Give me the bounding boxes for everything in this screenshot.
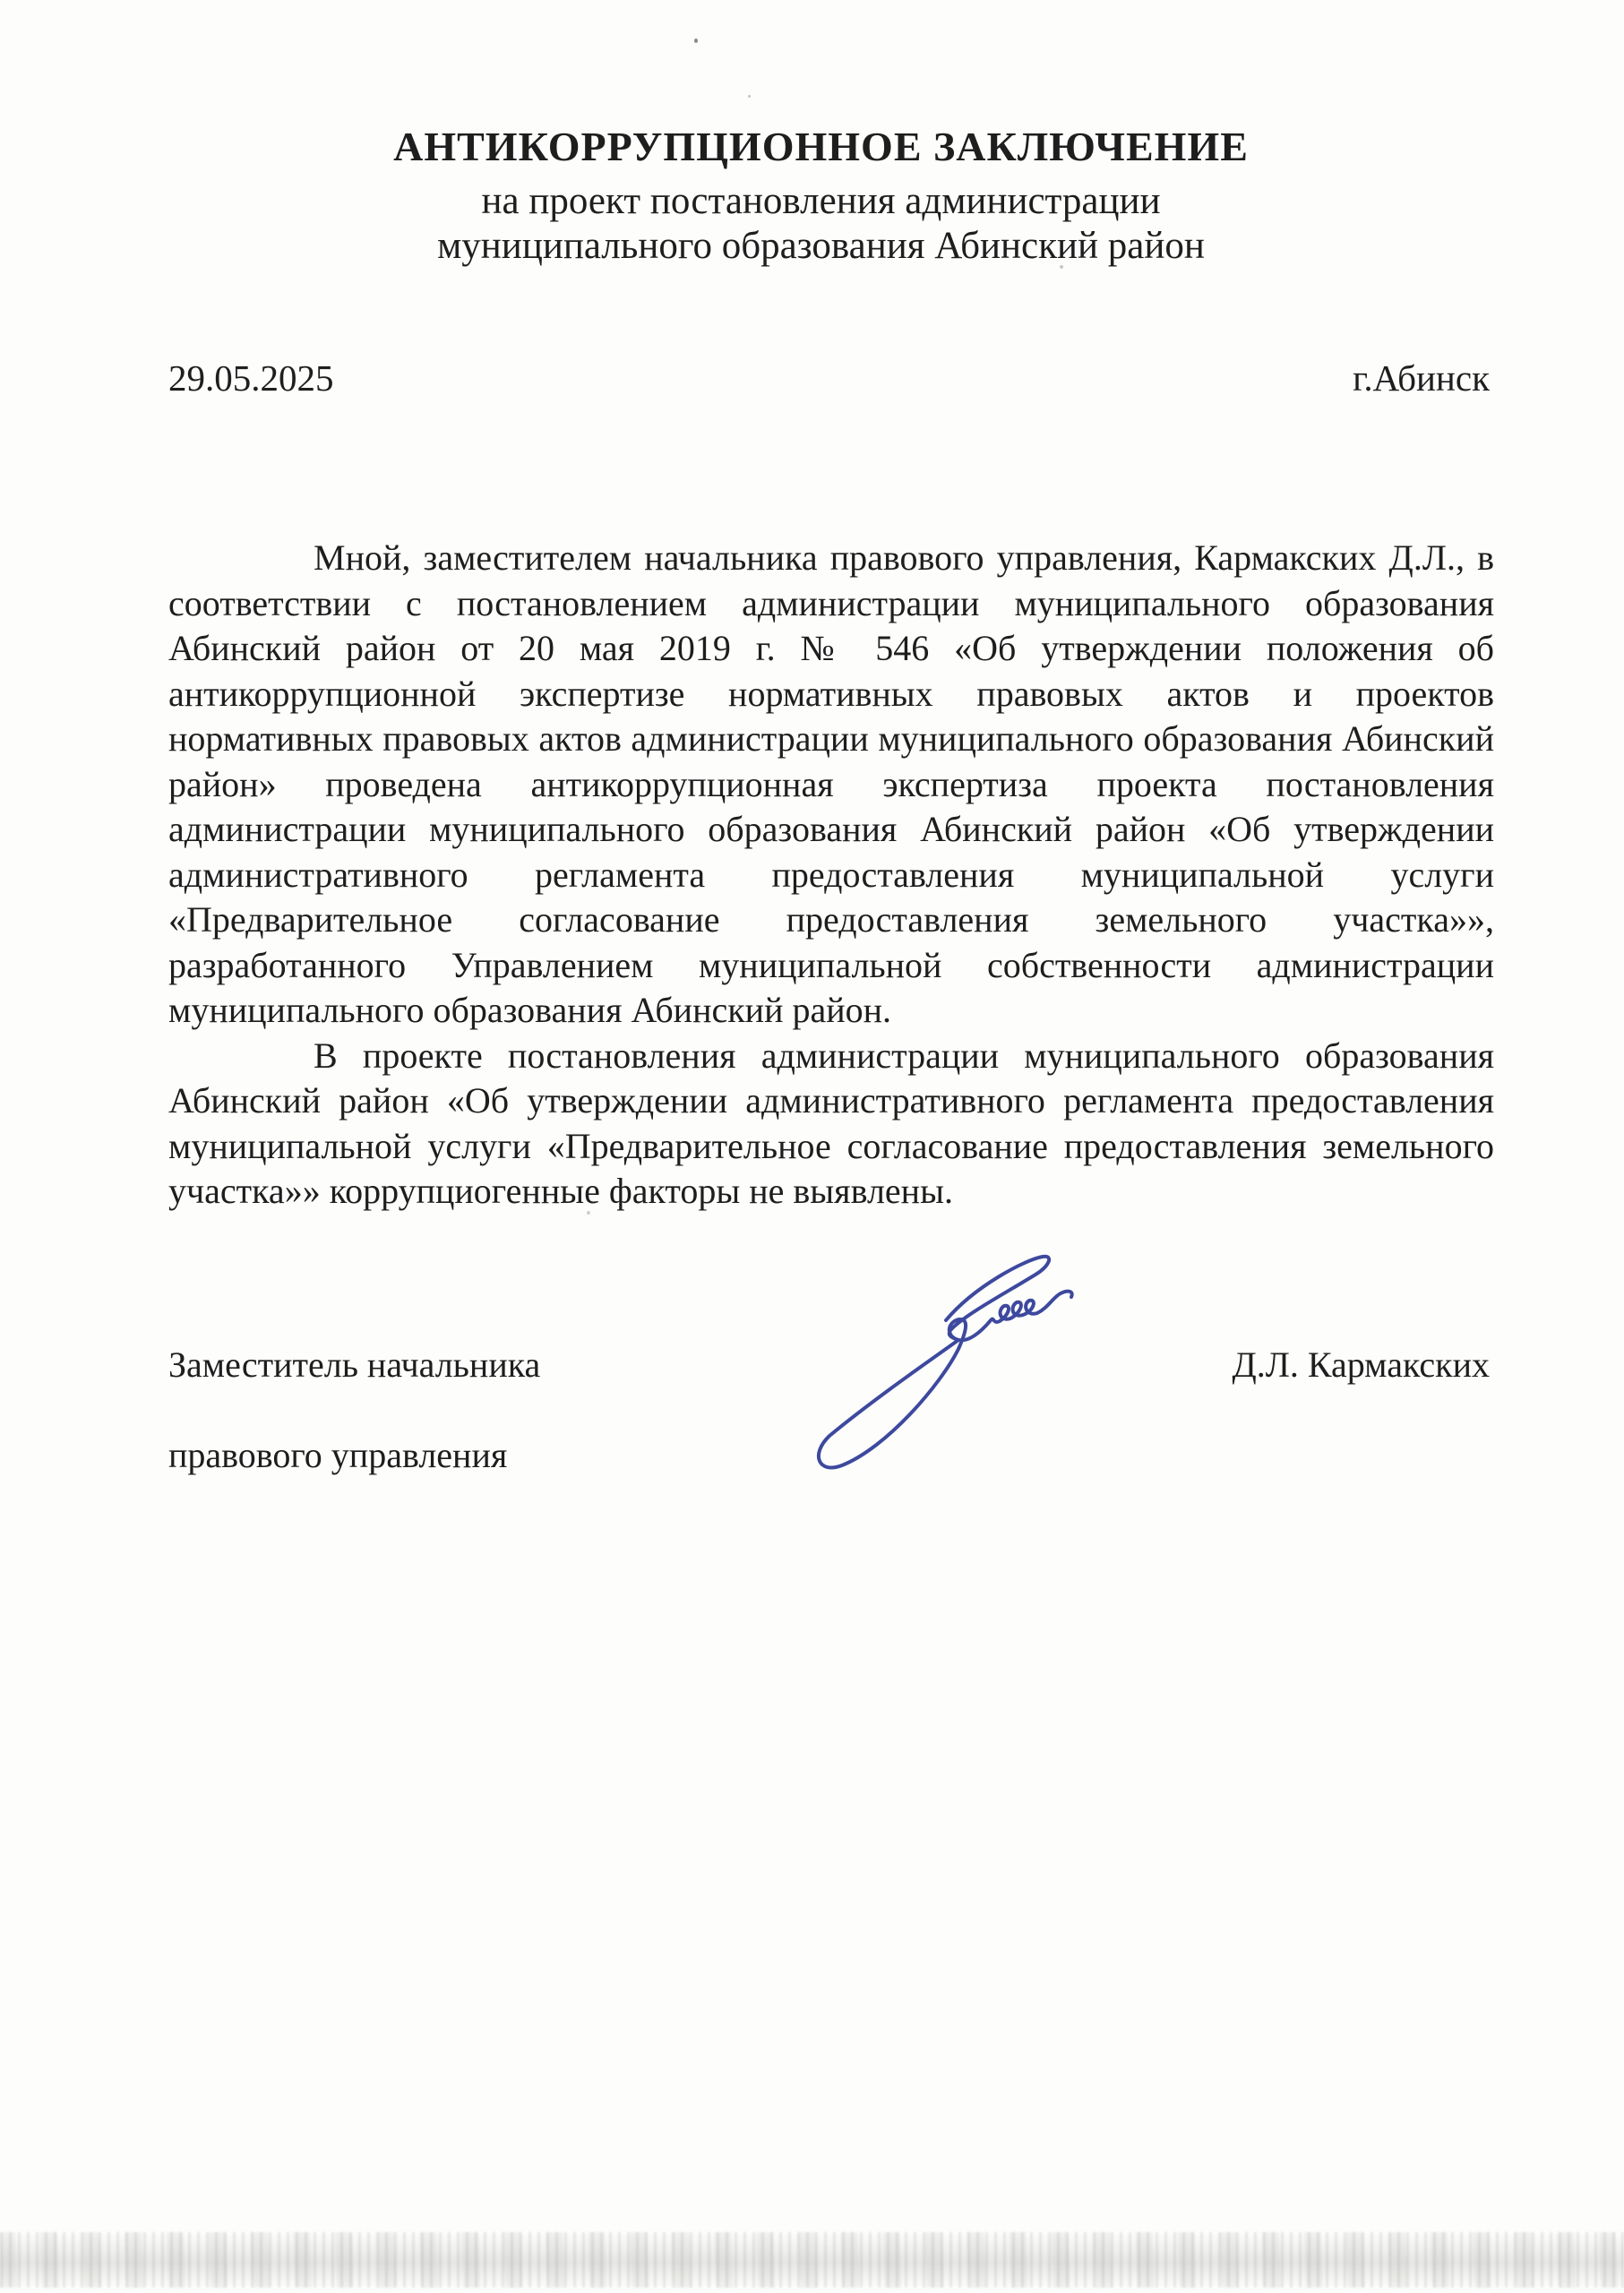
scan-speck: [694, 39, 698, 43]
scanned-document-page: АНТИКОРРУПЦИОННОЕ ЗАКЛЮЧЕНИЕ на проект п…: [0, 0, 1624, 2293]
document-date: 29.05.2025: [168, 356, 334, 399]
scan-speck: [587, 1211, 590, 1215]
document-body: Мной, заместителем начальника правового …: [168, 536, 1494, 1215]
handwritten-signature-icon: [769, 1234, 1100, 1490]
scan-speck: [1060, 265, 1063, 269]
signer-position-line1: Заместитель начальника: [168, 1343, 540, 1388]
signer-name: Д.Л. Кармакских: [1232, 1343, 1490, 1388]
paragraph-2: В проекте постановления администрации му…: [168, 1034, 1494, 1215]
scan-speck: [748, 95, 751, 98]
document-title: АНТИКОРРУПЦИОННОЕ ЗАКЛЮЧЕНИЕ: [90, 124, 1552, 170]
signer-position: Заместитель начальника правового управле…: [168, 1297, 540, 1524]
document-place: г.Абинск: [1353, 356, 1490, 399]
document-subtitle-line2: муниципального образования Абинский райо…: [90, 224, 1552, 269]
document-header: АНТИКОРРУПЦИОННОЕ ЗАКЛЮЧЕНИЕ на проект п…: [90, 124, 1552, 269]
date-place-row: 29.05.2025 г.Абинск: [168, 356, 1490, 399]
paragraph-1: Мной, заместителем начальника правового …: [168, 536, 1494, 1034]
scan-edge-artifact: [0, 2232, 1624, 2288]
document-subtitle-line1: на проект постановления администрации: [90, 179, 1552, 224]
signer-position-line2: правового управления: [168, 1433, 540, 1479]
signature-stroke: [819, 1257, 1072, 1468]
